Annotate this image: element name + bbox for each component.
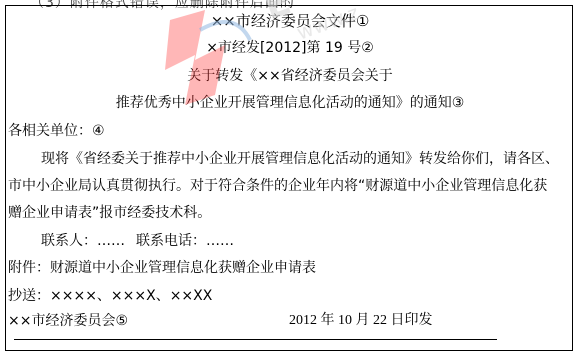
official-document-box: ××市经济委员会文件① ×市经发[2012]第 19 号② 关于转发《××省经济… <box>5 5 573 351</box>
contact-phone: 联系电话：…… <box>136 232 234 250</box>
cc-line: 抄送：××××、×××X、××XX <box>8 287 212 305</box>
contact-person: 联系人：…… <box>41 232 125 250</box>
attachment-line: 附件：财源道中小企业管理信息化获赠企业申请表 <box>8 259 316 277</box>
document-title-line-2: 推荐优秀中小企业开展管理信息化活动的通知》的通知③ <box>6 94 574 112</box>
document-number: ×市经发[2012]第 19 号② <box>6 39 574 57</box>
footer-print-date: 2012 年 10 月 22 日印发 <box>289 312 433 330</box>
body-paragraph-line-1: 现将《省经委关于推荐中小企业开展管理信息化活动的通知》转发给你们，请各区、 <box>41 150 559 168</box>
page: （3）附件格式错误，应删除附件后面的 ××市经济委员会文件① ×市经发[2012… <box>0 0 579 360</box>
footer-issuer: ××市经济委员会⑤ <box>8 312 128 330</box>
issuer-title: ××市经济委员会文件① <box>6 12 574 30</box>
document-title-line-1: 关于转发《××省经济委员会关于 <box>6 67 574 85</box>
bottom-divider-line <box>14 339 497 340</box>
body-paragraph-line-3: 赠企业申请表”报市经委技术科。 <box>8 204 211 222</box>
recipient-line: 各相关单位：④ <box>8 122 105 140</box>
body-paragraph-line-2: 市中小企业局认真贯彻执行。对于符合条件的企业年内将“财源道中小企业管理信息化获 <box>8 177 547 195</box>
